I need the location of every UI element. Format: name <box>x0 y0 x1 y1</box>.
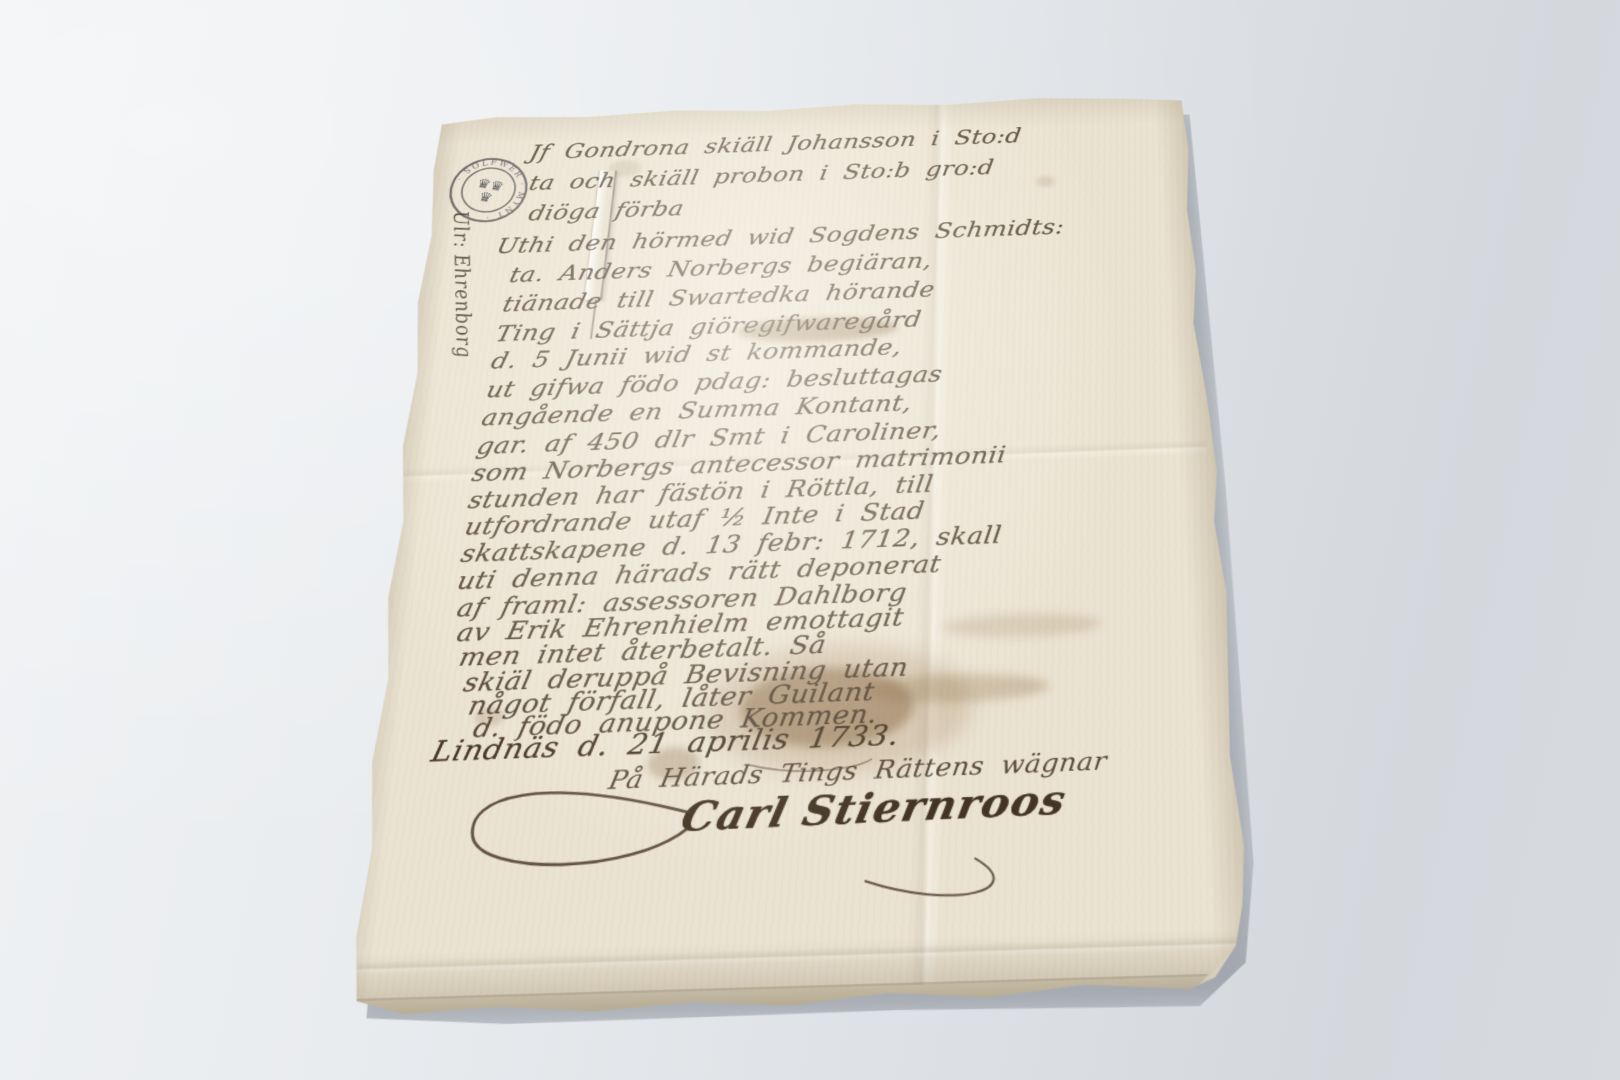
photo-scene: · SÖLFWER · MYNT · ♛♛ ♛ Ulr: Ehrenborg J… <box>0 0 1620 1080</box>
manuscript-line: diöga förba <box>526 196 686 225</box>
fox-spot <box>1036 176 1055 187</box>
faint-stain <box>942 612 1102 639</box>
manuscript-paper: · SÖLFWER · MYNT · ♛♛ ♛ Ulr: Ehrenborg J… <box>335 93 1258 1020</box>
signature-swash <box>865 858 995 898</box>
stamp-crown-bottom: ♛ <box>476 189 495 206</box>
large-paraph-loop <box>469 789 692 867</box>
manuscript-body: Jf Gondrona skiäll Johansson i Sto:dta o… <box>437 93 1187 115</box>
bottom-fold-crease <box>350 936 1248 977</box>
vertical-margin-note: Ulr: Ehrenborg <box>449 210 478 360</box>
